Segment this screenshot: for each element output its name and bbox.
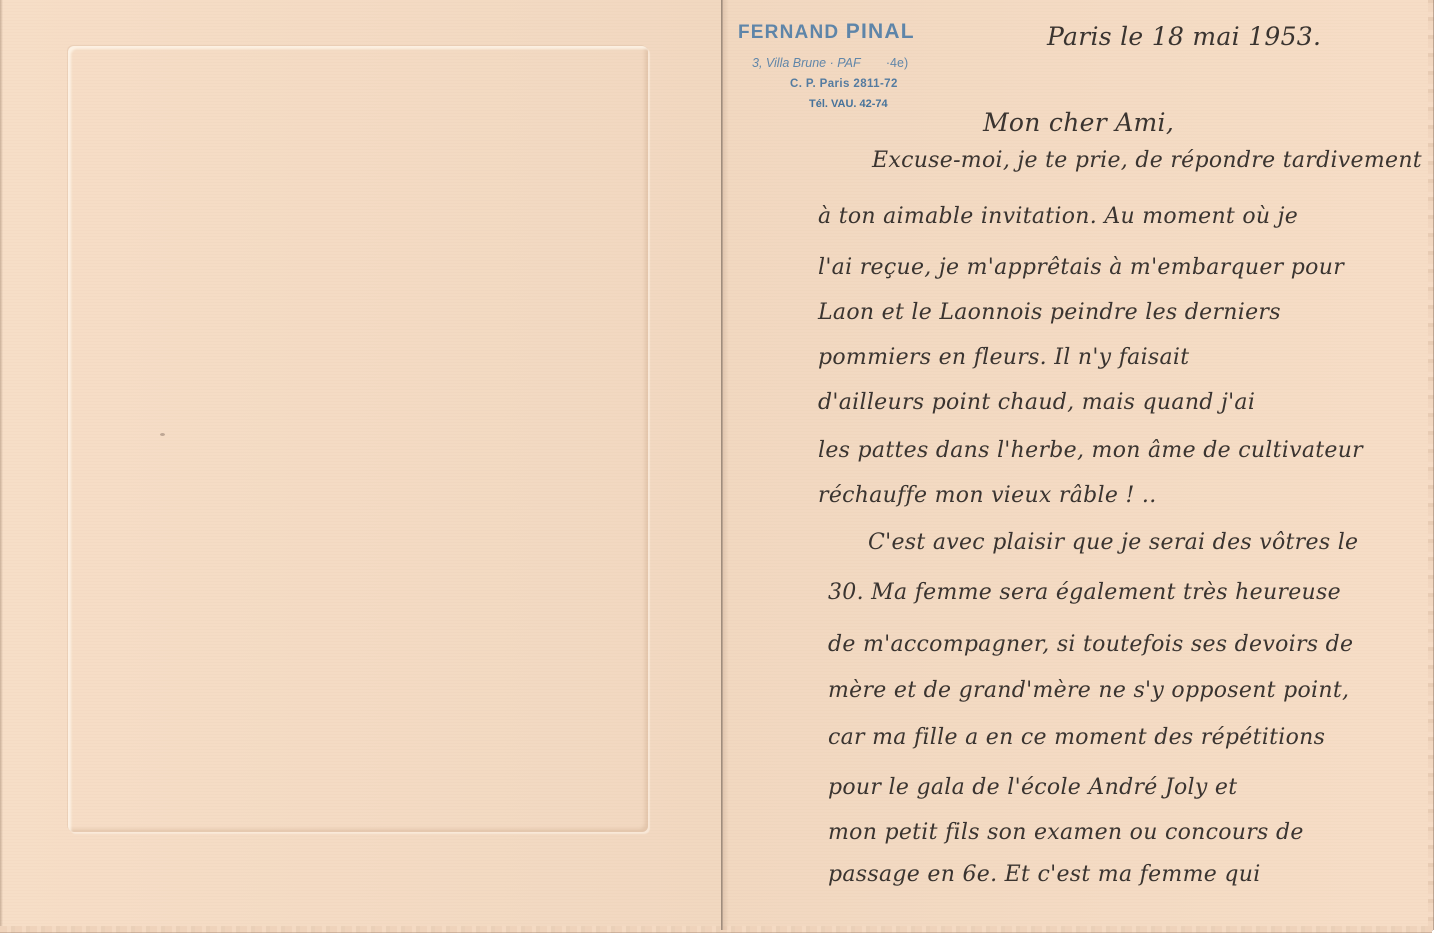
letter-line: passage en 6e. Et c'est ma femme qui [828, 862, 1261, 887]
letter-date: Paris le 18 mai 1953. [1047, 22, 1321, 51]
letter-line: réchauffe mon vieux râble ! .. [818, 483, 1157, 508]
scan-canvas: Fernand PINAL 3, Villa Brune · PAF ·4e) … [0, 0, 1445, 940]
letter-line: 30. Ma femme sera également très heureus… [828, 580, 1341, 605]
letter-line: C'est avec plaisir que je serai des vôtr… [868, 530, 1358, 555]
ink-speck [160, 433, 165, 436]
stamp-name: Fernand PINAL [738, 20, 915, 44]
card-front-panel [0, 0, 722, 930]
folded-card: Fernand PINAL 3, Villa Brune · PAF ·4e) … [0, 0, 1432, 930]
stamp-first-name: Fernand [738, 22, 839, 43]
fold-shadow [723, 0, 729, 930]
stamp-postal-account: C. P. Paris 2811-72 [790, 78, 898, 90]
embossed-frame [68, 46, 648, 832]
letter-line: l'ai reçue, je m'apprêtais à m'embarquer… [818, 255, 1344, 280]
stamp-address: 3, Villa Brune · PAF ·4e) [752, 56, 908, 70]
letter-line: Excuse-moi, je te prie, de répondre tard… [872, 148, 1422, 173]
letter-line: mon petit fils son examen ou concours de [828, 820, 1304, 845]
letter-line: pour le gala de l'école André Joly et [828, 775, 1237, 800]
letter-line: mère et de grand'mère ne s'y opposent po… [828, 678, 1349, 703]
letter-line: à ton aimable invitation. Au moment où j… [818, 204, 1298, 229]
letter-salutation: Mon cher Ami, [983, 108, 1174, 137]
stamp-address-text: 3, Villa Brune · PAF [752, 56, 860, 70]
stamp-telephone: Tél. VAU. 42-74 [809, 98, 888, 110]
letter-line: pommiers en fleurs. Il n'y faisait [818, 345, 1189, 370]
stamp-address-tail: ·4e) [886, 56, 908, 70]
letter-line: de m'accompagner, si toutefois ses devoi… [828, 632, 1353, 657]
letter-line: les pattes dans l'herbe, mon âme de cult… [818, 438, 1363, 463]
letter-line: Laon et le Laonnois peindre les derniers [818, 300, 1281, 325]
letter-line: car ma fille a en ce moment des répétiti… [828, 725, 1325, 750]
card-deckle-right-edge [1428, 0, 1434, 930]
letter-line: d'ailleurs point chaud, mais quand j'ai [818, 390, 1255, 415]
stamp-last-name: PINAL [846, 20, 915, 43]
